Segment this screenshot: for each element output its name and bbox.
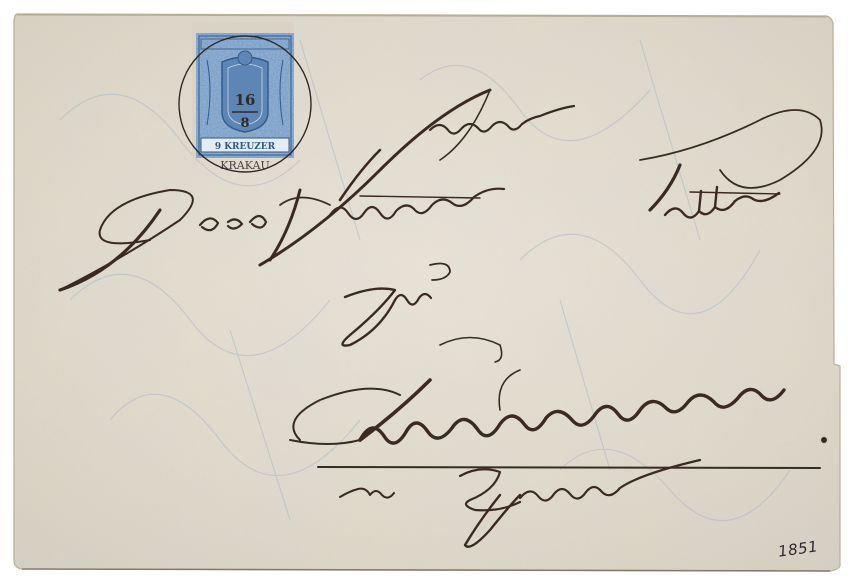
- letter-cover: 9 KREUZER 16 8 KRAKAU: [0, 0, 850, 584]
- postmark-town: KRAKAU: [220, 159, 269, 172]
- stamp-denomination: 9 KREUZER: [215, 142, 276, 152]
- postmark-day: 16: [235, 91, 256, 109]
- address-salutation: Herrn: [0, 0, 49, 4]
- envelope-body: [14, 14, 840, 571]
- postage-stamp: 9 KREUZER: [192, 22, 294, 158]
- letter-cover-scene: 9 KREUZER 16 8 KRAKAU: [0, 0, 850, 584]
- postmark-month: 8: [240, 116, 249, 131]
